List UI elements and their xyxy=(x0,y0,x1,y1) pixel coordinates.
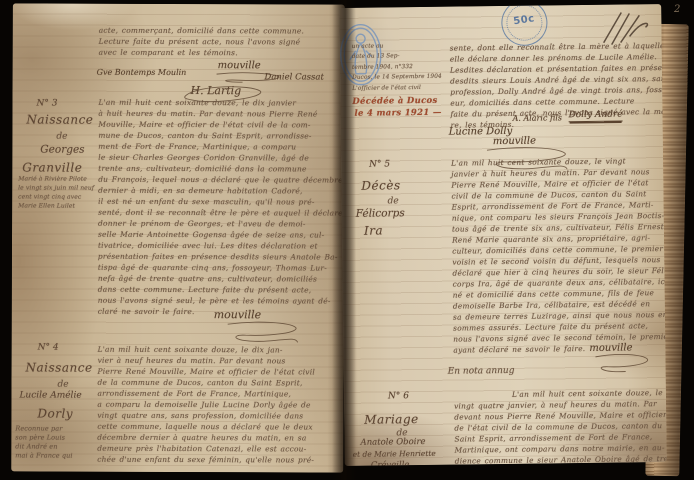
signature-dolly-andre: Dolly André xyxy=(568,110,622,123)
act5-number: N° 5 xyxy=(369,159,390,169)
text-line: dernier à midi, en sa demeure habitation… xyxy=(98,186,344,198)
act5-type-label: Décès xyxy=(361,178,400,192)
text-line: Marie Ellen Luilet xyxy=(18,202,106,211)
text-line: L'an mil huit cent soixante douze, le di… xyxy=(98,98,344,110)
stamp-value: 50c xyxy=(501,11,546,29)
act3-marriage-note: Marié à Rivière Pilotele vingt six juin … xyxy=(18,175,106,211)
text-line: vier à neuf heures du matin. Par devant … xyxy=(98,356,344,368)
act4-number: N° 4 xyxy=(38,343,59,353)
text-line: Pierre René Mouville, Maire et officier … xyxy=(98,367,344,379)
act4-body: L'an mil huit cent soixante douze, le di… xyxy=(97,345,343,467)
text-line: Marié à Rivière Pilote xyxy=(18,175,106,184)
text-line: dience commune le sieur Anatole Oboire â… xyxy=(455,454,667,466)
act4-de: de xyxy=(57,380,68,390)
act5-de: de xyxy=(388,196,399,206)
text-line: dans cette commune. Lecture faite du pré… xyxy=(98,285,344,297)
text-line: senté, dont il se reconnaît être le père… xyxy=(98,208,344,220)
text-line: acte, commerçant, domicilié dans cette c… xyxy=(99,26,345,38)
signature-mouville-2: mouville xyxy=(214,308,261,321)
text-line: à huit heures du matin. Par devant nous … xyxy=(98,109,344,121)
act4-recognition-note: Reconnue parson père Louisdit André enma… xyxy=(15,424,103,460)
act5-name-first: Félicorps xyxy=(356,207,405,220)
text-line: chée d'une enfant du sexe féminin, qu'el… xyxy=(97,455,343,467)
act6-bride-name-2: Créveille . xyxy=(371,460,415,466)
act3-body: L'an mil huit cent soixante douze, le di… xyxy=(98,98,345,319)
text-line: tivatrice, domiciliée avec lui. Les dite… xyxy=(98,241,344,253)
text-line: L'officier de l'état civil xyxy=(352,84,452,96)
death-margin-note-line2: le 4 mars 1921 — xyxy=(354,108,441,119)
act6-body: L'an mil huit cent soixante douze, levin… xyxy=(454,388,667,466)
act5-name-last: Ira xyxy=(364,223,383,237)
death-margin-note-line1: Décédée à Ducos xyxy=(352,96,437,107)
text-line: présentation faites en présence desdits … xyxy=(98,252,344,264)
left-page: acte, commerçant, domicilié dans cette c… xyxy=(11,3,345,472)
act6-groom-name: Anatole Oboire xyxy=(360,437,425,448)
text-line: cette commune, laquelle nous a déclaré q… xyxy=(97,422,343,434)
text-line: ayant déclaré ne savoir le faire. xyxy=(453,343,666,357)
text-line: son père Louis xyxy=(15,433,103,442)
text-line: selle Marie Antoinette Gogensa âgée de s… xyxy=(98,230,344,242)
text-line: tispa âgé de quarante cinq ans, fossoyeu… xyxy=(98,263,344,275)
register-book-scan: acte, commerçant, domicilié dans cette c… xyxy=(0,0,694,480)
signature-bontemps-moulin: Gve Bontemps Moulin xyxy=(97,68,187,77)
text-line: nefa âgé de trente quatre ans, cultivate… xyxy=(98,274,344,286)
text-line: cent vingt cinq avec xyxy=(18,193,106,202)
text-line: mai à France qui xyxy=(15,451,103,460)
signature-mouville-1: mouville xyxy=(218,60,261,71)
text-line: dit André en xyxy=(15,442,103,451)
text-line: mune de Ducos, canton du Saint Esprit, a… xyxy=(98,131,344,143)
text-line: ment de Fort de France, Martinique, a co… xyxy=(98,142,344,154)
signature-flourish xyxy=(591,352,653,377)
act4-type-label: Naissance xyxy=(26,360,93,374)
text-line: il est né un enfant du sexe masculin, qu… xyxy=(98,197,344,209)
text-line: le vingt six juin mil neuf xyxy=(18,184,106,193)
text-line: vingt quatre ans, sans profession, domic… xyxy=(97,411,343,423)
act3-name-last: Granville xyxy=(22,160,82,174)
text-line: Mouville, Maire et officier de l'état ci… xyxy=(98,120,344,132)
text-line: donner le prénom de Georges, et l'aveu d… xyxy=(98,219,344,231)
text-line: Lecture faite du présent acte, nous l'av… xyxy=(99,37,345,49)
act6-bride-name-1: et de Marie Henriette xyxy=(353,449,436,459)
act3-name-first: Georges xyxy=(40,144,84,156)
signature-alaric: A. Alaric fils xyxy=(513,113,562,123)
act6-type-label: Mariage xyxy=(364,412,419,427)
text-line: avec le comparant et les témoins. xyxy=(99,48,345,60)
text-line: du François, lequel nous a déclaré que l… xyxy=(98,175,344,187)
act4-name-last: Dorly xyxy=(37,407,73,421)
text-line: arrondissement de Fort de France, Martin… xyxy=(97,389,343,401)
right-page: 50c un acte audate du 13 Sep-tembre 1904… xyxy=(339,4,667,466)
folio-number: 2 xyxy=(674,4,680,15)
signature-h-lartig: H. Lartig xyxy=(190,84,241,97)
signature-mouville-4: mouville xyxy=(589,342,632,354)
signature-mouville-3: mouville xyxy=(493,136,536,148)
previous-act-ending: acte, commerçant, domicilié dans cette c… xyxy=(99,26,345,60)
text-line: nous l'avons signé seul, le père et les … xyxy=(98,296,344,308)
act3-number: N° 3 xyxy=(36,99,57,109)
text-line: trente ans, cultivateur, domicilié dans … xyxy=(98,164,344,176)
act6-number: N° 6 xyxy=(388,391,409,401)
text-line: de la commune de Ducos, canton du Saint … xyxy=(97,378,343,390)
act5-body: L'an mil huit cent soixante douze, le vi… xyxy=(451,156,667,357)
act3-de: de xyxy=(56,132,67,142)
text-line: demeure près l'habitation Catenazi, elle… xyxy=(97,444,343,456)
signature-flourish xyxy=(224,320,302,346)
text-line: Reconnue par xyxy=(15,424,103,433)
act5-marginal-note: En nota annug xyxy=(448,366,515,377)
text-line: décembre dernier à quatre heures du mati… xyxy=(97,433,343,445)
act3-type-label: Naissance xyxy=(26,112,93,126)
act4-name-first: Lucile Amélie xyxy=(19,390,81,400)
text-line: le sieur Charles Georges Coridon Granvil… xyxy=(98,153,344,165)
text-line: a comparu la demoiselle Julie Lucine Dor… xyxy=(97,400,343,412)
signature-daniel-cassat: Daniel Cassat xyxy=(265,72,324,82)
text-line: L'an mil huit cent soixante douze, le di… xyxy=(98,345,344,357)
margin-registration-annotation: un acte audate du 13 Sep-tembre 1904, n°… xyxy=(352,43,453,96)
